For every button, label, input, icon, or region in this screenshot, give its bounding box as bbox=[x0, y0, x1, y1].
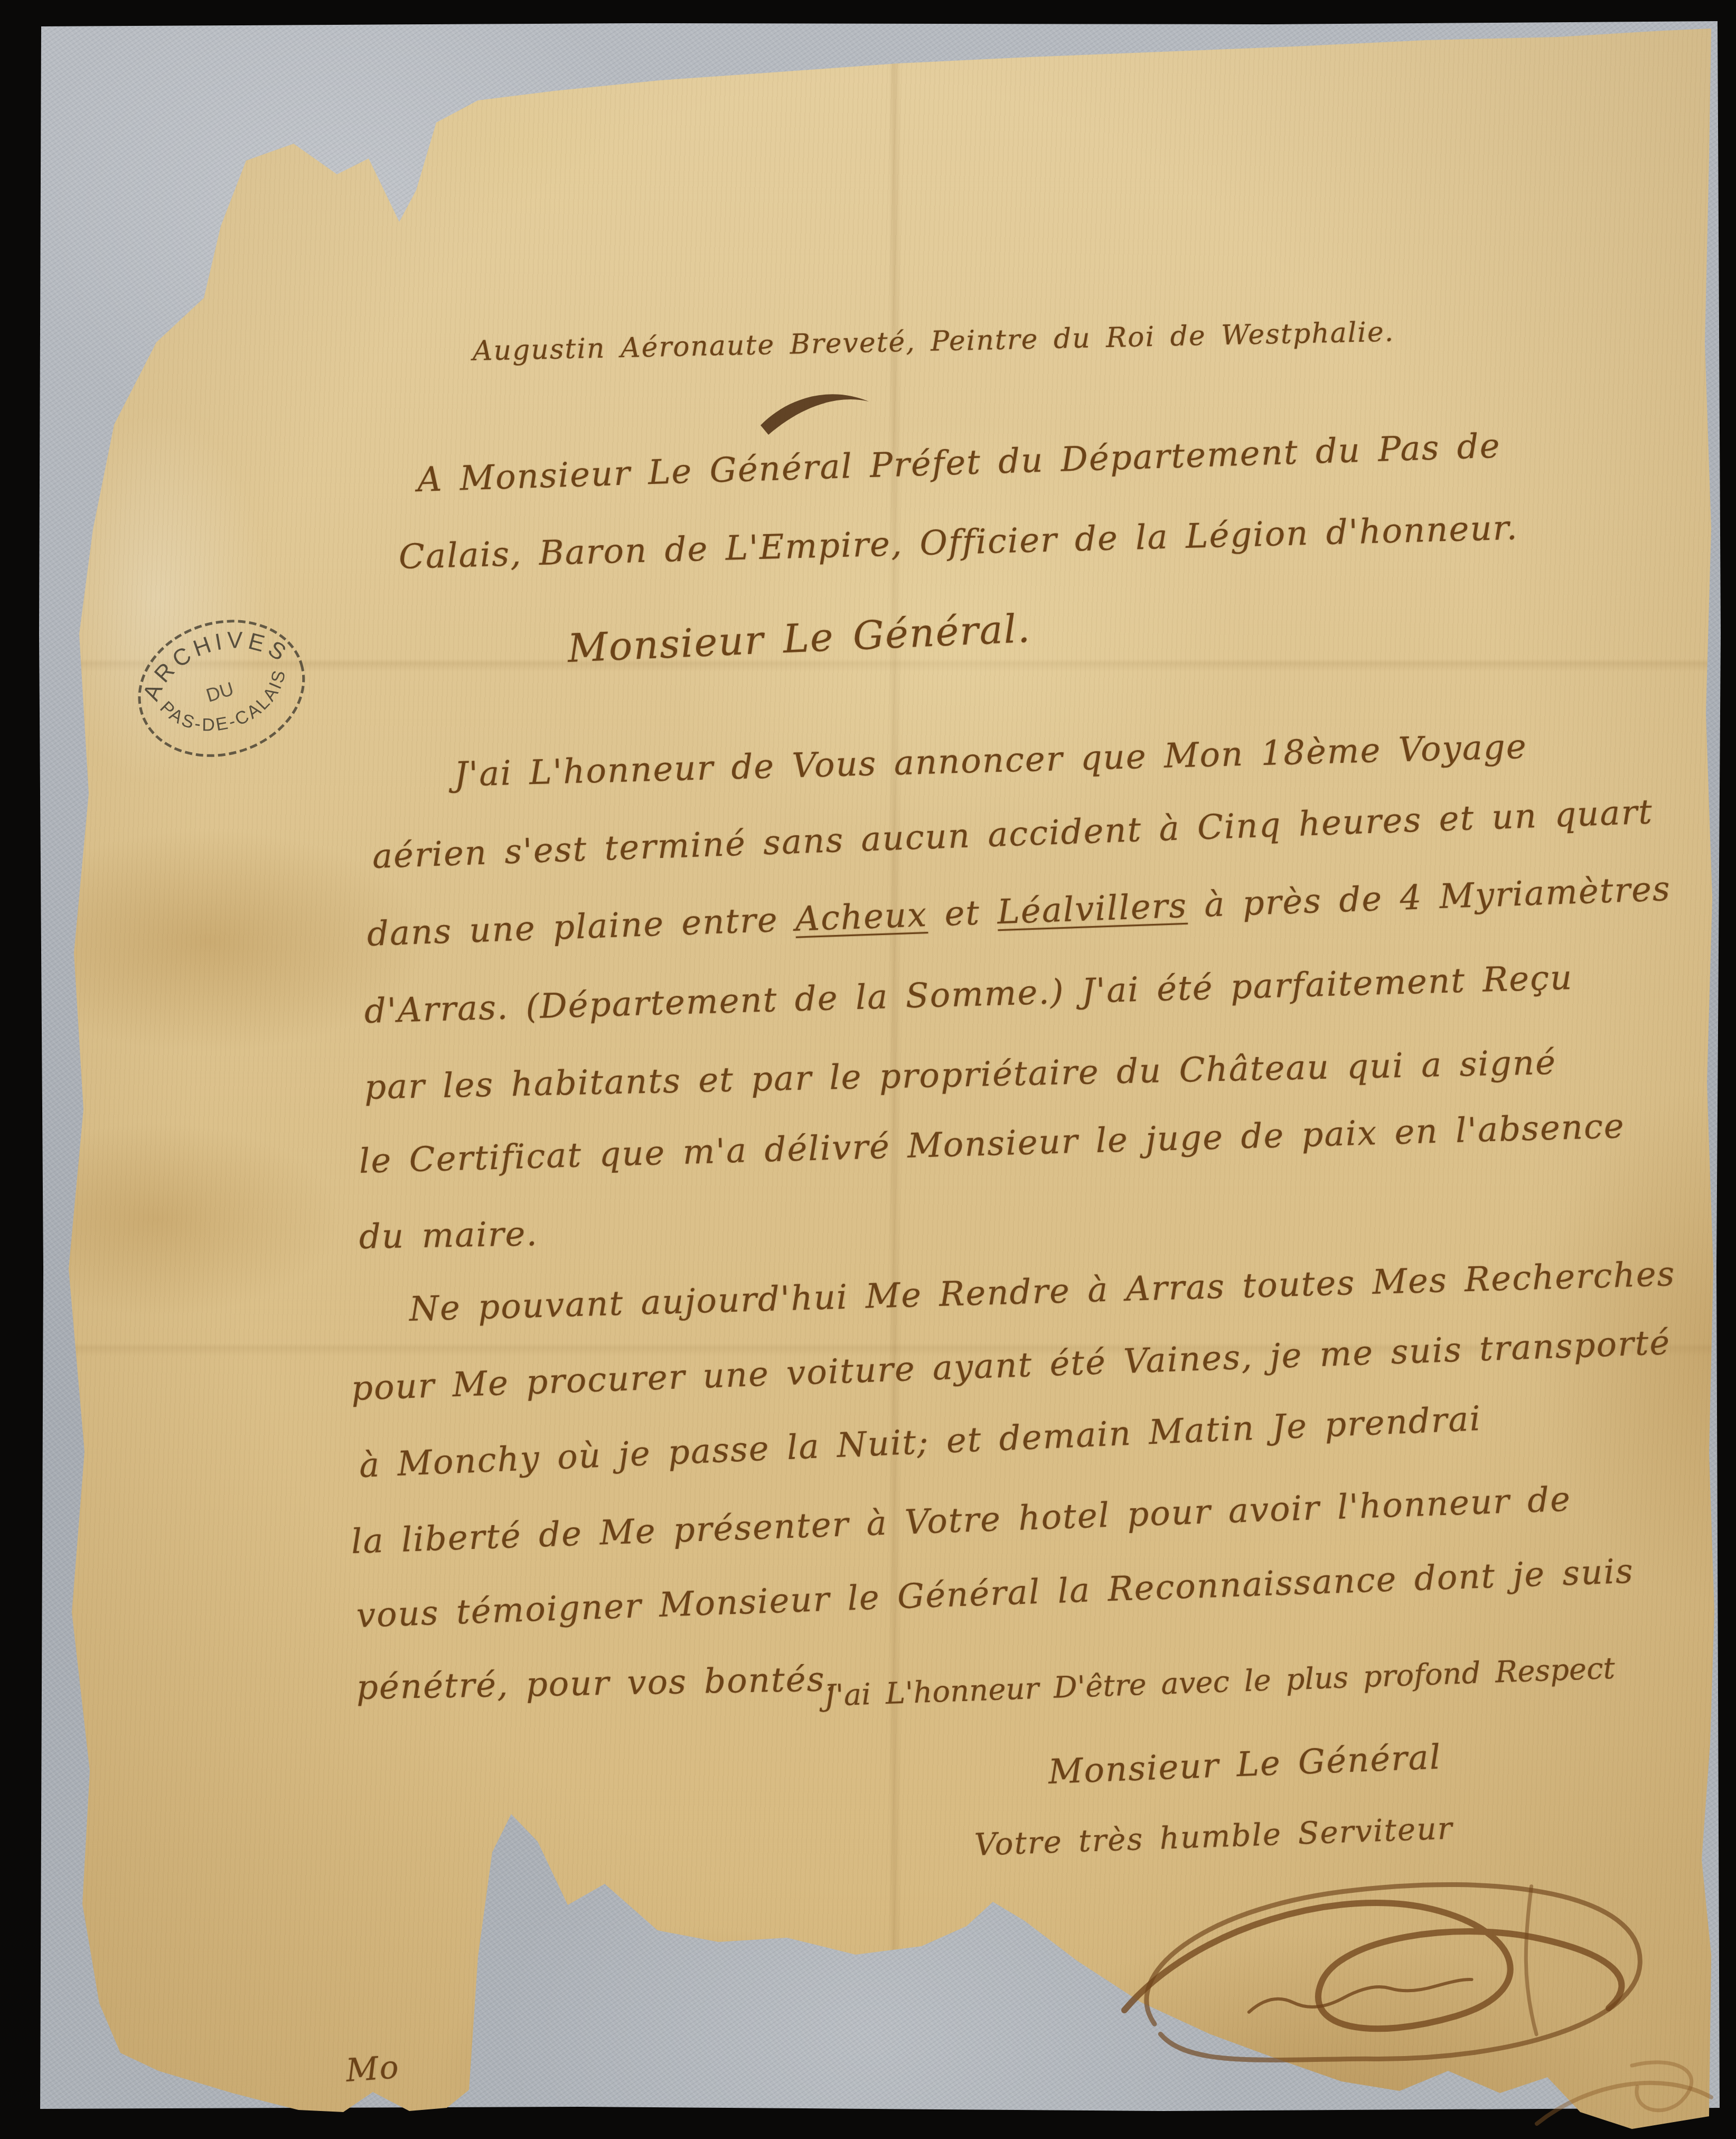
letter-photograph: ARCHIVES DU PAS-DE-CALAIS Augustin Aéron… bbox=[0, 0, 1736, 2139]
stamp-text-middle: DU bbox=[203, 678, 236, 706]
ink-flourish-mark bbox=[755, 383, 877, 441]
underlined-place-name: Léalvillers bbox=[997, 886, 1188, 932]
body-line: du maire. bbox=[359, 1215, 538, 1257]
body-line: pénétré, pour vos bontés. bbox=[356, 1660, 837, 1707]
cut-off-word: Mo bbox=[345, 2049, 401, 2089]
underlined-place-name: Acheux bbox=[795, 895, 928, 939]
tail-flourish bbox=[1526, 2050, 1727, 2139]
body-text: et bbox=[927, 893, 998, 935]
